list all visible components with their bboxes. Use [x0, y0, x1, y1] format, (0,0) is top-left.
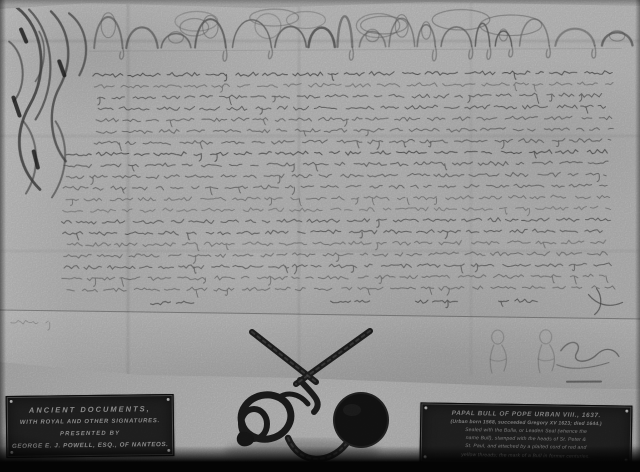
screw-icon [625, 410, 628, 413]
plaque-line: GEORGE E. J. POWELL, ESQ., OF NANTEOS. [7, 439, 173, 453]
screw-icon [424, 406, 427, 409]
photograph: ANCIENT DOCUMENTS, WITH ROYAL AND OTHER … [0, 0, 640, 472]
screw-icon [167, 449, 170, 452]
right-plaque: PAPAL BULL OF POPE URBAN VIII., 1637. (U… [420, 402, 633, 465]
screw-icon [167, 398, 170, 401]
screw-icon [10, 451, 13, 454]
plaque-line: yellow threads; the mark of a Bull in fo… [429, 450, 623, 461]
seal-knot [237, 390, 308, 446]
plaque-line: WITH ROYAL AND OTHER SIGNATURES. [7, 415, 173, 429]
screw-icon [424, 455, 427, 458]
leaden-bulla [333, 392, 389, 448]
screw-icon [625, 459, 628, 462]
left-plaque: ANCIENT DOCUMENTS, WITH ROYAL AND OTHER … [6, 394, 175, 458]
screw-icon [10, 400, 13, 403]
